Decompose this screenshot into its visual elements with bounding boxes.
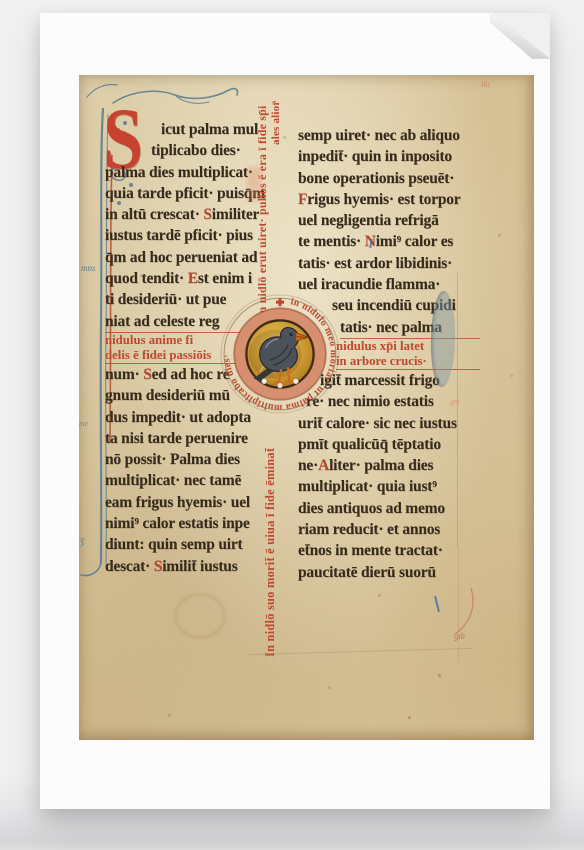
text-line: diunt: quin semp uirt (105, 534, 285, 555)
pigment-smudge (247, 167, 262, 201)
marginal-note-right-mid: gm (450, 397, 460, 406)
text-line: descat· Similit̄ iustus (105, 556, 285, 577)
text-line: nō possit· Palma dies (105, 449, 285, 470)
text-line: multiplicat· quia iust⁹ (298, 476, 480, 497)
text-line: nidulus anime fi (105, 333, 247, 348)
text-line: inpedit̄· quin in inposito (298, 146, 480, 167)
page-curl-fold (492, 13, 550, 59)
text-line: paucitatē dierū suorū (298, 562, 480, 583)
text-line: riam reducit· et annos (298, 519, 480, 540)
print-card: S icut palma multiplicabo dies·palma die… (40, 13, 550, 809)
marginal-note-left-mid: me (79, 419, 88, 428)
marginal-note-left-top: mns (81, 263, 96, 273)
text-line: ta nisi tarde peruenire (105, 428, 285, 449)
vertical-rubric-bottom: In nidlō suo morit̄ ē uiua ī fide ēminat… (263, 655, 279, 673)
text-line: Frigus hyemis· est torpor (298, 189, 480, 210)
marginal-note-bottom-right: gm̄ (454, 631, 465, 641)
vertical-rubric-bottom-text: In nidlō suo morit̄ ē uiua ī fide ēminat… (263, 448, 278, 657)
manuscript-page: S icut palma multiplicabo dies·palma die… (79, 75, 534, 740)
text-line: semp uiret· nec ab aliquo (298, 125, 480, 146)
text-line: ti desideriū· ut pue (105, 289, 267, 310)
text-line: pmīt qualicūq̄ tēptatio (298, 434, 480, 455)
text-line: multiplicat· nec tamē (105, 470, 285, 491)
text-line: num· Sed ad hoc re (105, 364, 249, 385)
text-line: dies antiquos ad memo (298, 498, 480, 519)
text-line: nimi⁹ calor estatis inpe (105, 513, 285, 534)
text-line: tatis· est ardor libidinis· (298, 253, 480, 274)
text-line: in arbore crucis· (336, 354, 480, 370)
vertical-rubric-top-side: ales alior̄ (270, 141, 286, 159)
text-line: nidulus xp̄i latet (336, 339, 480, 354)
parchment-speckles (79, 75, 80, 76)
text-line: et̄nos in mente tractat· (298, 540, 480, 561)
text-line: delis ē fidei passiōis (105, 348, 245, 364)
text-line: dus impedit· ut adopta (105, 407, 285, 428)
text-line: uel negligentia refrigā (298, 210, 480, 231)
ring-stain (174, 593, 226, 639)
text-line: te mentis· Nimi⁹ calor es (298, 231, 480, 252)
marginal-note-top-right: iiii (481, 80, 490, 89)
text-line: bone operationis pseuēt· (298, 168, 480, 189)
text-line: igit̄ marcessit frigo (320, 370, 480, 391)
text-line: uel iracundie flamma· (298, 274, 480, 295)
margin-ruling-line-lower (458, 548, 459, 663)
text-line: tatis· nec palma (340, 317, 480, 339)
product-photo-stage: S icut palma multiplicabo dies·palma die… (0, 0, 584, 850)
text-line: gnum desideriū mū (105, 385, 269, 406)
blue-pen-tick-lower (434, 596, 440, 612)
vertical-rubric-top: in nidlō erut uiret· pullos ē era ī fide… (255, 315, 271, 333)
vertical-rubric-top-side-text: ales alior̄ (270, 101, 282, 145)
margin-ruling-line (457, 273, 458, 548)
text-line: ne·Aliter· palma dies (298, 455, 480, 476)
marginal-note-left-low: ʒ (79, 533, 84, 548)
text-line: eam frigus hyemis· uel (105, 492, 285, 513)
text-line: niat ad celeste reg (105, 311, 251, 333)
text-line: urit̄ calore· sic nec iustus (298, 413, 480, 434)
faint-ruling-line (247, 648, 472, 655)
vertical-rubric-top-text: in nidlō erut uiret· pullos ē era ī fide… (255, 105, 270, 317)
